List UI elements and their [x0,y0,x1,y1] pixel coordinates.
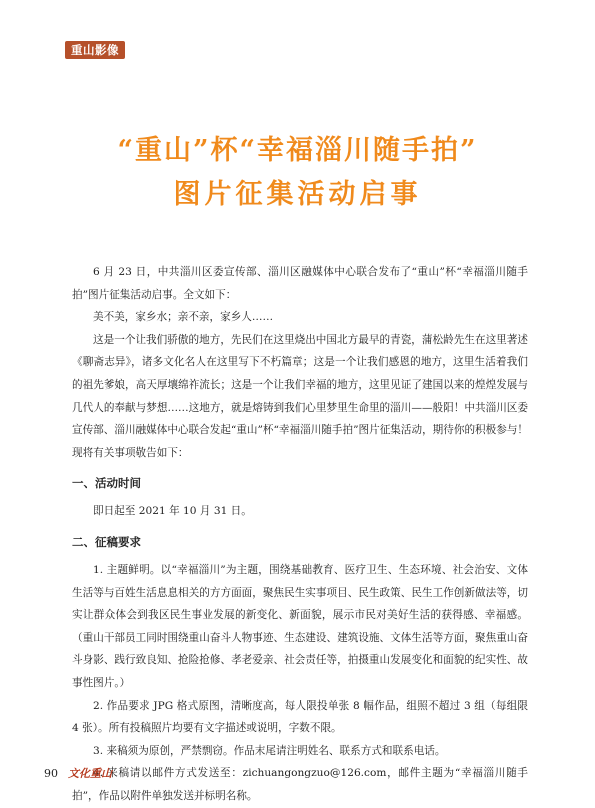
page-title-line-2: 图片征集活动启事 [0,172,595,211]
main-paragraph: 这是一个让我们骄傲的地方，先民们在这里烧出中国北方最早的青瓷，蒲松龄先生在这里著… [72,329,528,465]
section-item: 即日起至 2021 年 10 月 31 日。 [72,500,528,523]
intro-paragraph: 6 月 23 日，中共淄川区委宣传部、淄川区融媒体中心联合发布了“重山”杯“幸福… [72,261,528,306]
requirement-item-1: 1. 主题鲜明。以“幸福淄川”为主题，围绕基础教育、医疗卫生、生态环境、社会治安… [72,559,528,695]
page-number: 90 [44,767,58,780]
page-title-line-1: “重山”杯“幸福淄川随手拍” [0,128,595,167]
page-footer: 90 文化重山 [44,765,112,781]
section-heading-requirements: 二、征稿要求 [72,531,528,553]
requirement-item-4: 4. 来稿请以邮件方式发送至：zichuangongzuo@126.com，邮件… [72,762,528,807]
motto-line: 美不美，家乡水；亲不亲，家乡人…… [72,306,528,329]
requirement-item-2: 2. 作品要求 JPG 格式原图，清晰度高，每人限投单张 8 幅作品，组照不超过… [72,695,528,740]
section-tag: 重山影像 [65,41,125,59]
section-heading-time: 一、活动时间 [72,472,528,494]
requirement-item-3: 3. 来稿须为原创，严禁剽窃。作品末尾请注明姓名、联系方式和联系电话。 [72,740,528,763]
brand-logo: 文化重山 [68,765,112,781]
article-body: 6 月 23 日，中共淄川区委宣传部、淄川区融媒体中心联合发布了“重山”杯“幸福… [72,261,528,807]
